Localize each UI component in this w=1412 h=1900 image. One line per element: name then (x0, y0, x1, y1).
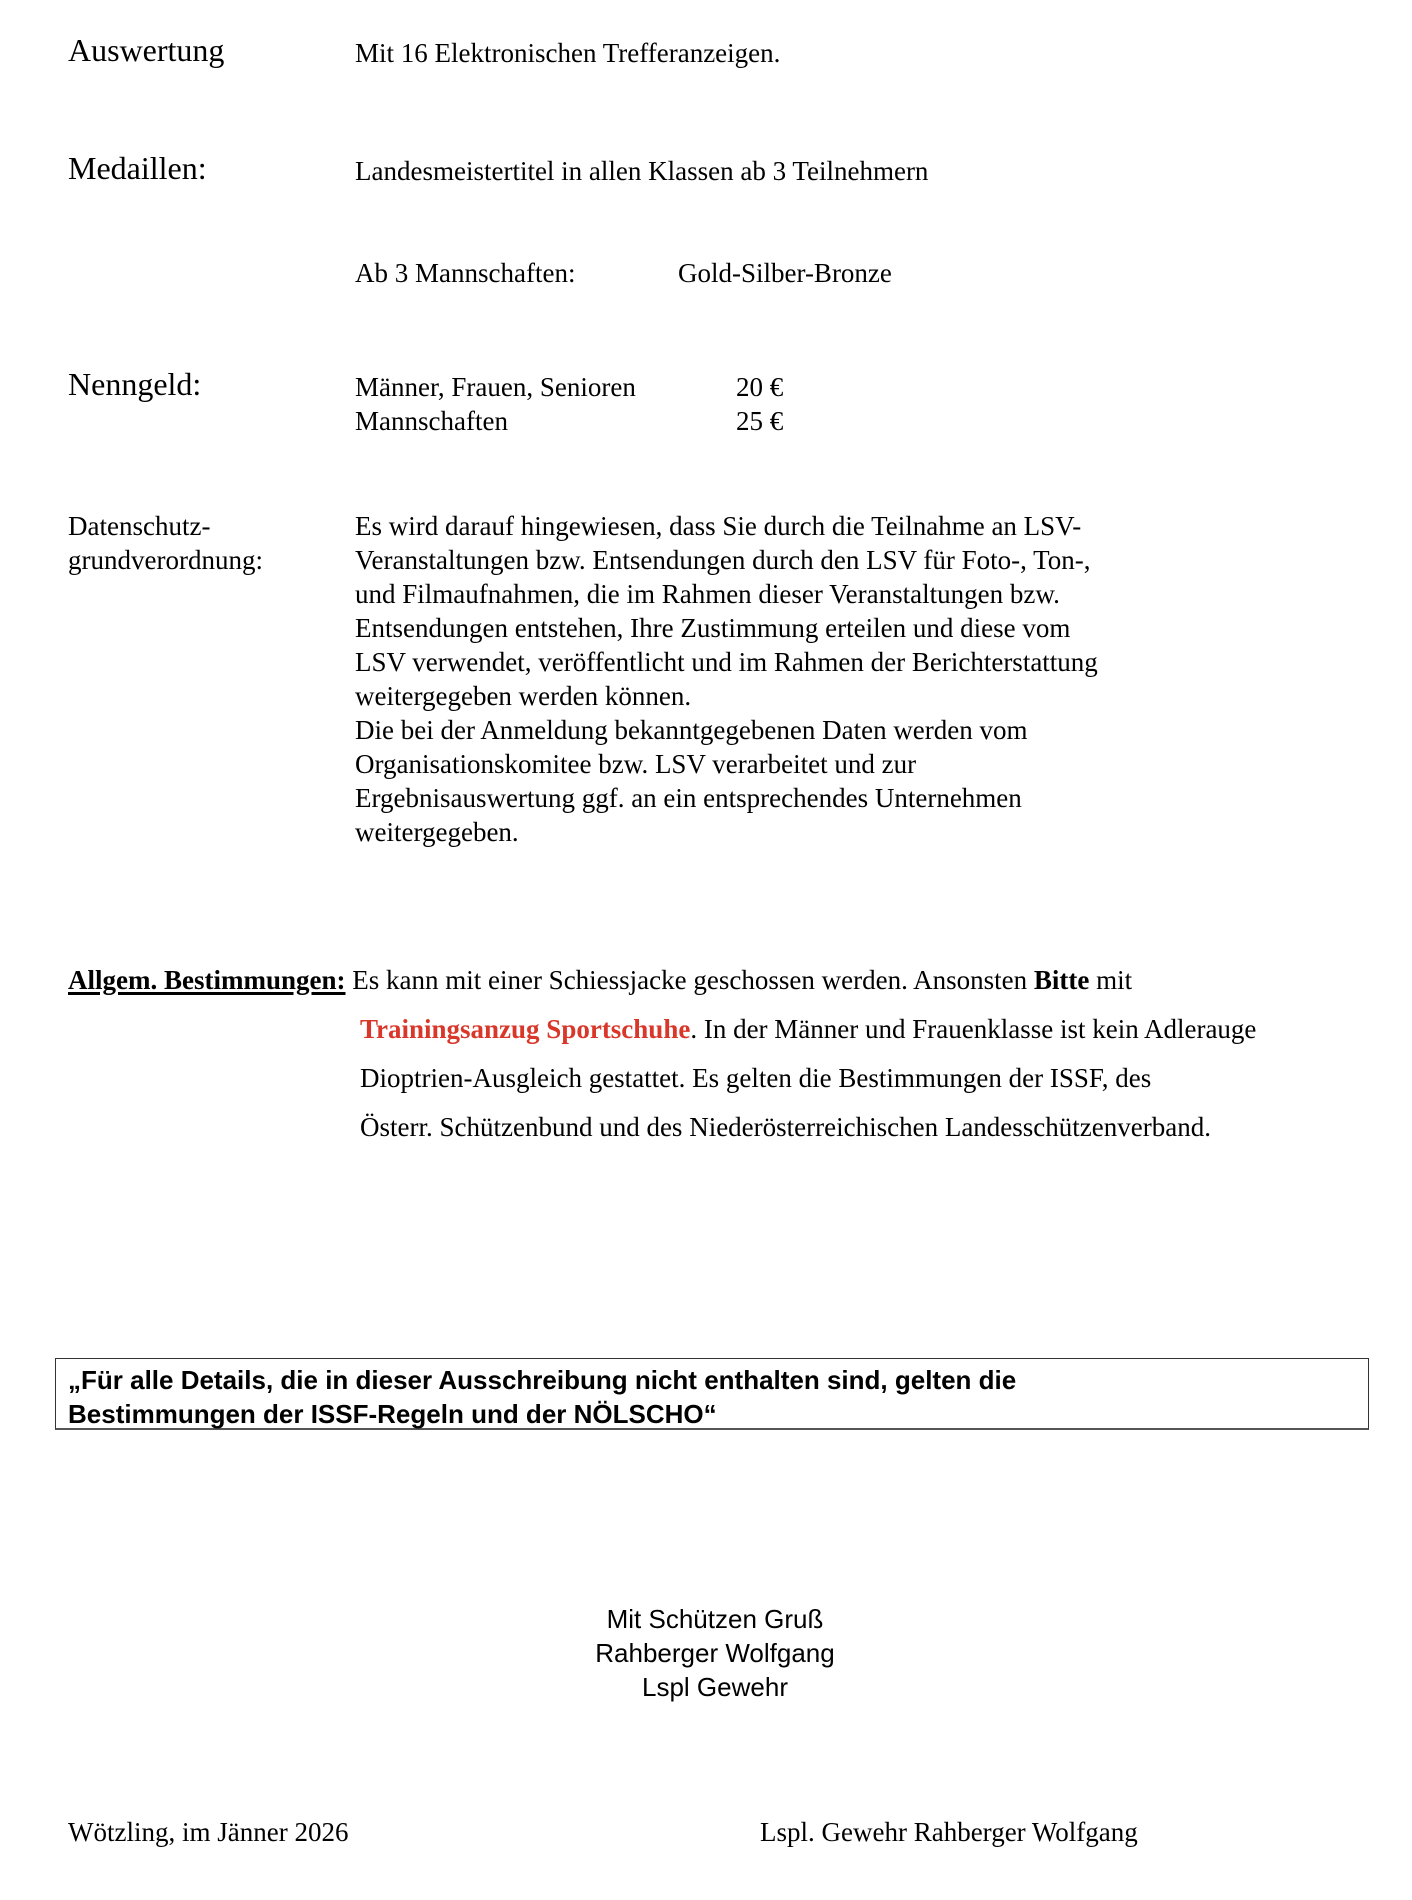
datenschutz-label-line: Datenschutz- (68, 509, 263, 543)
bitte-bold: Bitte (1034, 965, 1089, 995)
nenngeld-label: Nenngeld: (68, 366, 201, 403)
signature-name: Rahberger Wolfgang (0, 1636, 1412, 1670)
medaillen-text: Landesmeistertitel in allen Klassen ab 3… (355, 156, 928, 187)
footer-place-date: Wötzling, im Jänner 2026 (68, 1817, 348, 1848)
allgemein-text: mit (1089, 965, 1132, 995)
allgemein-line: Österr. Schützenbund und des Niederöster… (68, 1103, 1256, 1152)
auswertung-label: Auswertung (68, 32, 224, 69)
datenschutz-label: Datenschutz- grundverordnung: (68, 509, 263, 577)
text-line: Veranstaltungen bzw. Entsendungen durch … (355, 543, 1098, 577)
notice-line: Bestimmungen der ISSF-Regeln und der NÖL… (68, 1397, 1356, 1431)
teams-label: Ab 3 Mannschaften: (355, 258, 575, 289)
footer-signatory: Lspl. Gewehr Rahberger Wolfgang (760, 1817, 1138, 1848)
allgemein-label: Allgem. Bestimmungen: (68, 965, 345, 995)
text-line: Organisationskomitee bzw. LSV verarbeite… (355, 747, 1098, 781)
signature-greeting: Mit Schützen Gruß (0, 1602, 1412, 1636)
allgemein-line: Trainingsanzug Sportschuhe. In der Männe… (68, 1005, 1256, 1054)
auswertung-text: Mit 16 Elektronischen Trefferanzeigen. (355, 38, 780, 69)
text-line: Entsendungen entstehen, Ihre Zustimmung … (355, 611, 1098, 645)
datenschutz-text: Es wird darauf hingewiesen, dass Sie dur… (355, 509, 1098, 849)
text-line: Es wird darauf hingewiesen, dass Sie dur… (355, 509, 1098, 543)
text-line: und Filmaufnahmen, die im Rahmen dieser … (355, 577, 1098, 611)
text-line: weitergegeben werden können. (355, 679, 1098, 713)
text-line: LSV verwendet, veröffentlicht und im Rah… (355, 645, 1098, 679)
text-line: weitergegeben. (355, 815, 1098, 849)
allgemein-line: Dioptrien-Ausgleich gestattet. Es gelten… (68, 1054, 1256, 1103)
datenschutz-label-line: grundverordnung: (68, 543, 263, 577)
notice-line: „Für alle Details, die in dieser Ausschr… (68, 1363, 1356, 1397)
fee-category: Mannschaften (355, 406, 508, 437)
highlight-dress-code: Trainingsanzug Sportschuhe (360, 1014, 690, 1044)
fee-category: Männer, Frauen, Senioren (355, 372, 636, 403)
text-line: Die bei der Anmeldung bekanntgegebenen D… (355, 713, 1098, 747)
signature-role: Lspl Gewehr (0, 1670, 1412, 1704)
allgemein-text: Es kann mit einer Schiessjacke geschosse… (345, 965, 1033, 995)
fee-value: 20 € (736, 372, 783, 403)
signature-block: Mit Schützen Gruß Rahberger Wolfgang Lsp… (0, 1602, 1412, 1704)
text-line: Ergebnisauswertung ggf. an ein entsprech… (355, 781, 1098, 815)
medaillen-label: Medaillen: (68, 150, 207, 187)
allgemein-text: . In der Männer und Frauenklasse ist kei… (690, 1014, 1256, 1044)
teams-value: Gold-Silber-Bronze (678, 258, 892, 289)
allgemein-section: Allgem. Bestimmungen: Es kann mit einer … (68, 956, 1256, 1152)
fee-value: 25 € (736, 406, 783, 437)
notice-box: „Für alle Details, die in dieser Ausschr… (55, 1358, 1369, 1430)
allgemein-line: Allgem. Bestimmungen: Es kann mit einer … (68, 956, 1256, 1005)
